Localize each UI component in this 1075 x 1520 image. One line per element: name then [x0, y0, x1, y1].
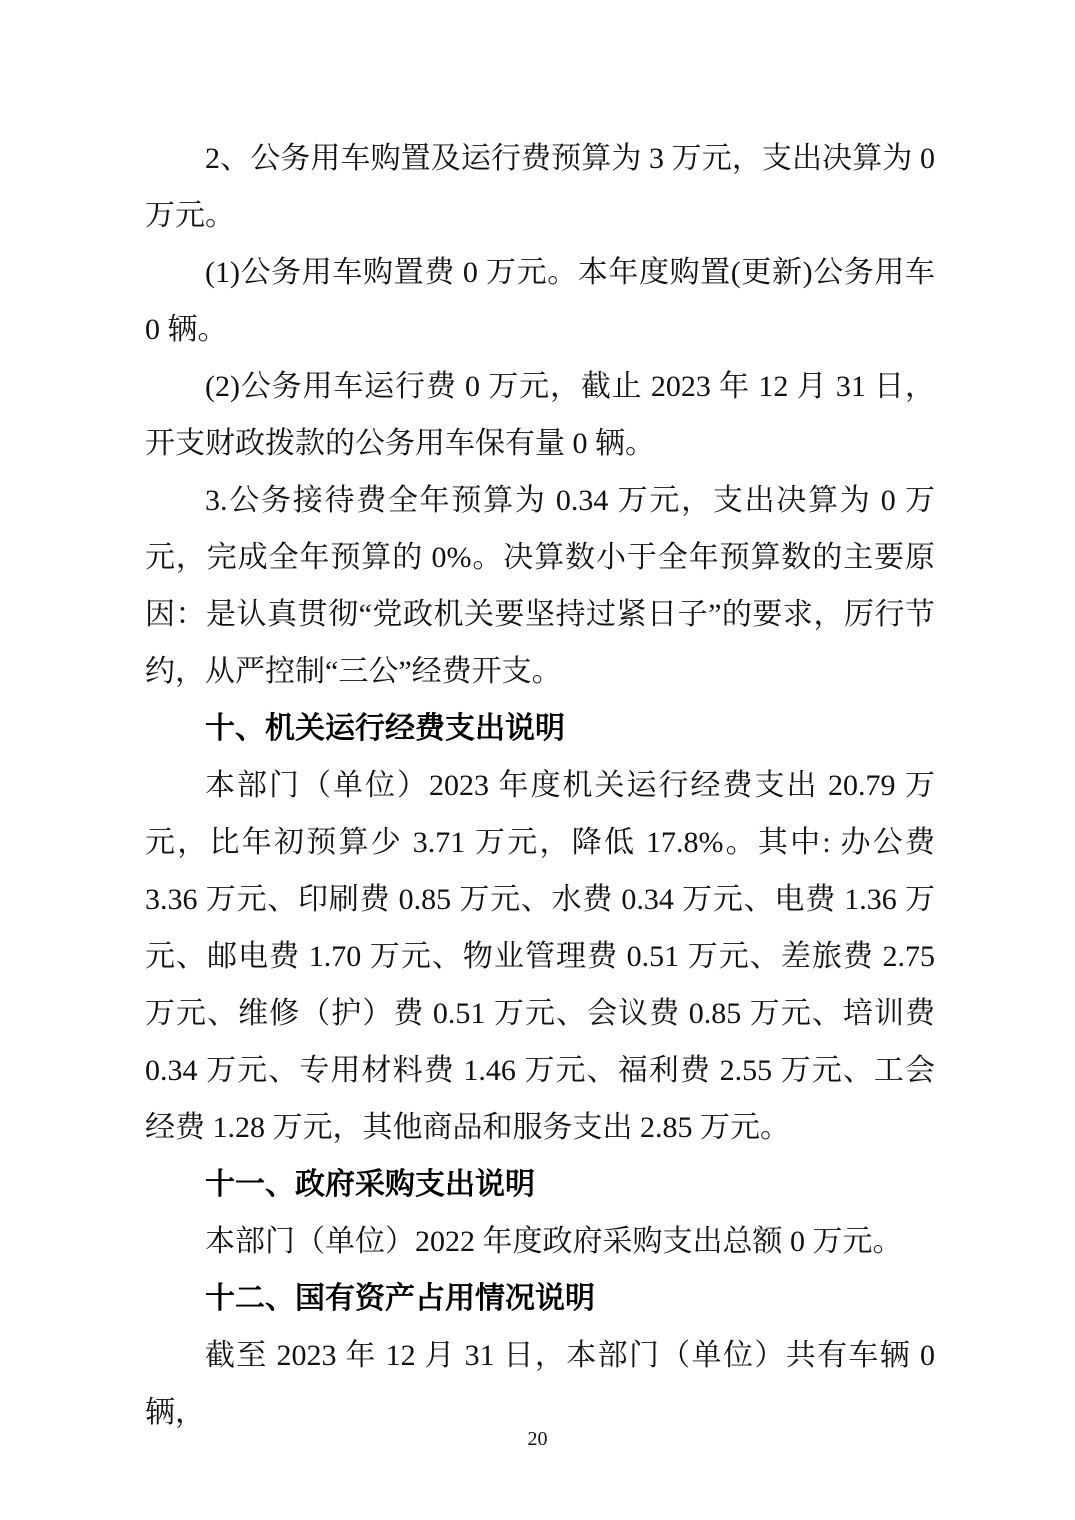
paragraph-car-purchase-fee: (1)公务用车购置费 0 万元。本年度购置(更新)公务用车 0 辆。 — [145, 244, 935, 358]
paragraph-official-car-total: 2、公务用车购置及运行费预算为 3 万元，支出决算为 0 万元。 — [145, 130, 935, 244]
paragraph-operating-cost-detail: 本部门（单位）2023 年度机关运行经费支出 20.79 万元，比年初预算少 3… — [145, 757, 935, 1156]
paragraph-procurement-total: 本部门（单位）2022 年度政府采购支出总额 0 万元。 — [145, 1213, 935, 1270]
section-heading-10-operating-cost: 十、机关运行经费支出说明 — [145, 700, 935, 757]
section-heading-11-procurement: 十一、政府采购支出说明 — [145, 1156, 935, 1213]
paragraph-car-operation-fee: (2)公务用车运行费 0 万元，截止 2023 年 12 月 31 日，开支财政… — [145, 358, 935, 472]
section-heading-12-state-assets: 十二、国有资产占用情况说明 — [145, 1270, 935, 1327]
document-page: { "doc": { "paragraphs": [ { "type": "bo… — [0, 0, 1075, 1520]
page-body: 2、公务用车购置及运行费预算为 3 万元，支出决算为 0 万元。 (1)公务用车… — [145, 130, 935, 1441]
paragraph-state-assets-vehicles: 截至 2023 年 12 月 31 日，本部门（单位）共有车辆 0 辆， — [145, 1327, 935, 1441]
page-number: 20 — [0, 1428, 1075, 1451]
paragraph-official-reception-fee: 3.公务接待费全年预算为 0.34 万元，支出决算为 0 万元，完成全年预算的 … — [145, 472, 935, 700]
